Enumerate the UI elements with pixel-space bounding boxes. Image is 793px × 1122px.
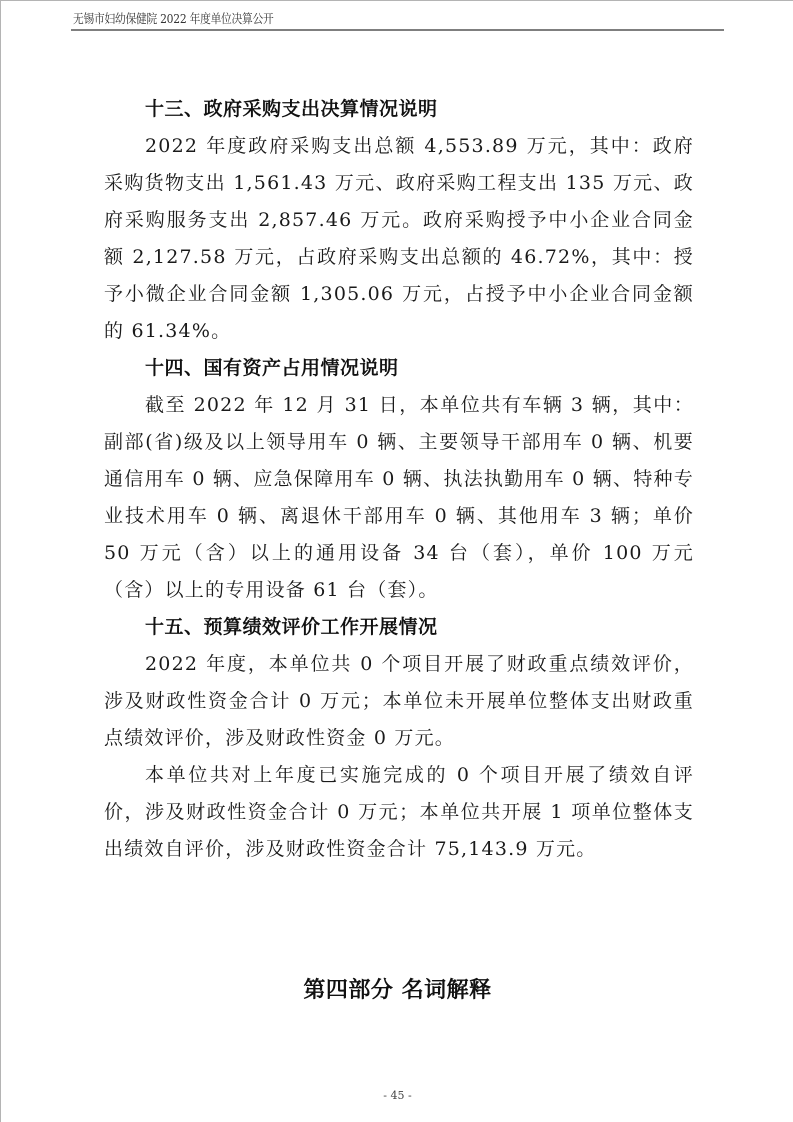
paragraph: 2022 年度政府采购支出总额 4,553.89 万元，其中：政府采购货物支出 … xyxy=(104,128,694,350)
header-divider xyxy=(71,29,724,31)
section-heading: 十四、国有资产占用情况说明 xyxy=(104,350,694,387)
document-page: 无锡市妇幼保健院 2022 年度单位决算公开 十三、政府采购支出决算情况说明 2… xyxy=(0,0,793,1122)
page-number: - 45 - xyxy=(1,1089,793,1102)
paragraph: 本单位共对上年度已实施完成的 0 个项目开展了绩效自评价，涉及财政性资金合计 0… xyxy=(104,757,694,868)
part-title: 第四部分 名词解释 xyxy=(1,973,793,1004)
section-government-procurement: 十三、政府采购支出决算情况说明 2022 年度政府采购支出总额 4,553.89… xyxy=(104,91,694,350)
paragraph: 截至 2022 年 12 月 31 日，本单位共有车辆 3 辆，其中：副部(省)… xyxy=(104,387,694,609)
running-header: 无锡市妇幼保健院 2022 年度单位决算公开 xyxy=(73,9,274,27)
section-state-assets: 十四、国有资产占用情况说明 截至 2022 年 12 月 31 日，本单位共有车… xyxy=(104,350,694,609)
section-performance-evaluation: 十五、预算绩效评价工作开展情况 2022 年度，本单位共 0 个项目开展了财政重… xyxy=(104,609,694,868)
section-heading: 十五、预算绩效评价工作开展情况 xyxy=(104,609,694,646)
paragraph: 2022 年度，本单位共 0 个项目开展了财政重点绩效评价，涉及财政性资金合计 … xyxy=(104,646,694,757)
document-body: 十三、政府采购支出决算情况说明 2022 年度政府采购支出总额 4,553.89… xyxy=(104,91,694,868)
section-heading: 十三、政府采购支出决算情况说明 xyxy=(104,91,694,128)
